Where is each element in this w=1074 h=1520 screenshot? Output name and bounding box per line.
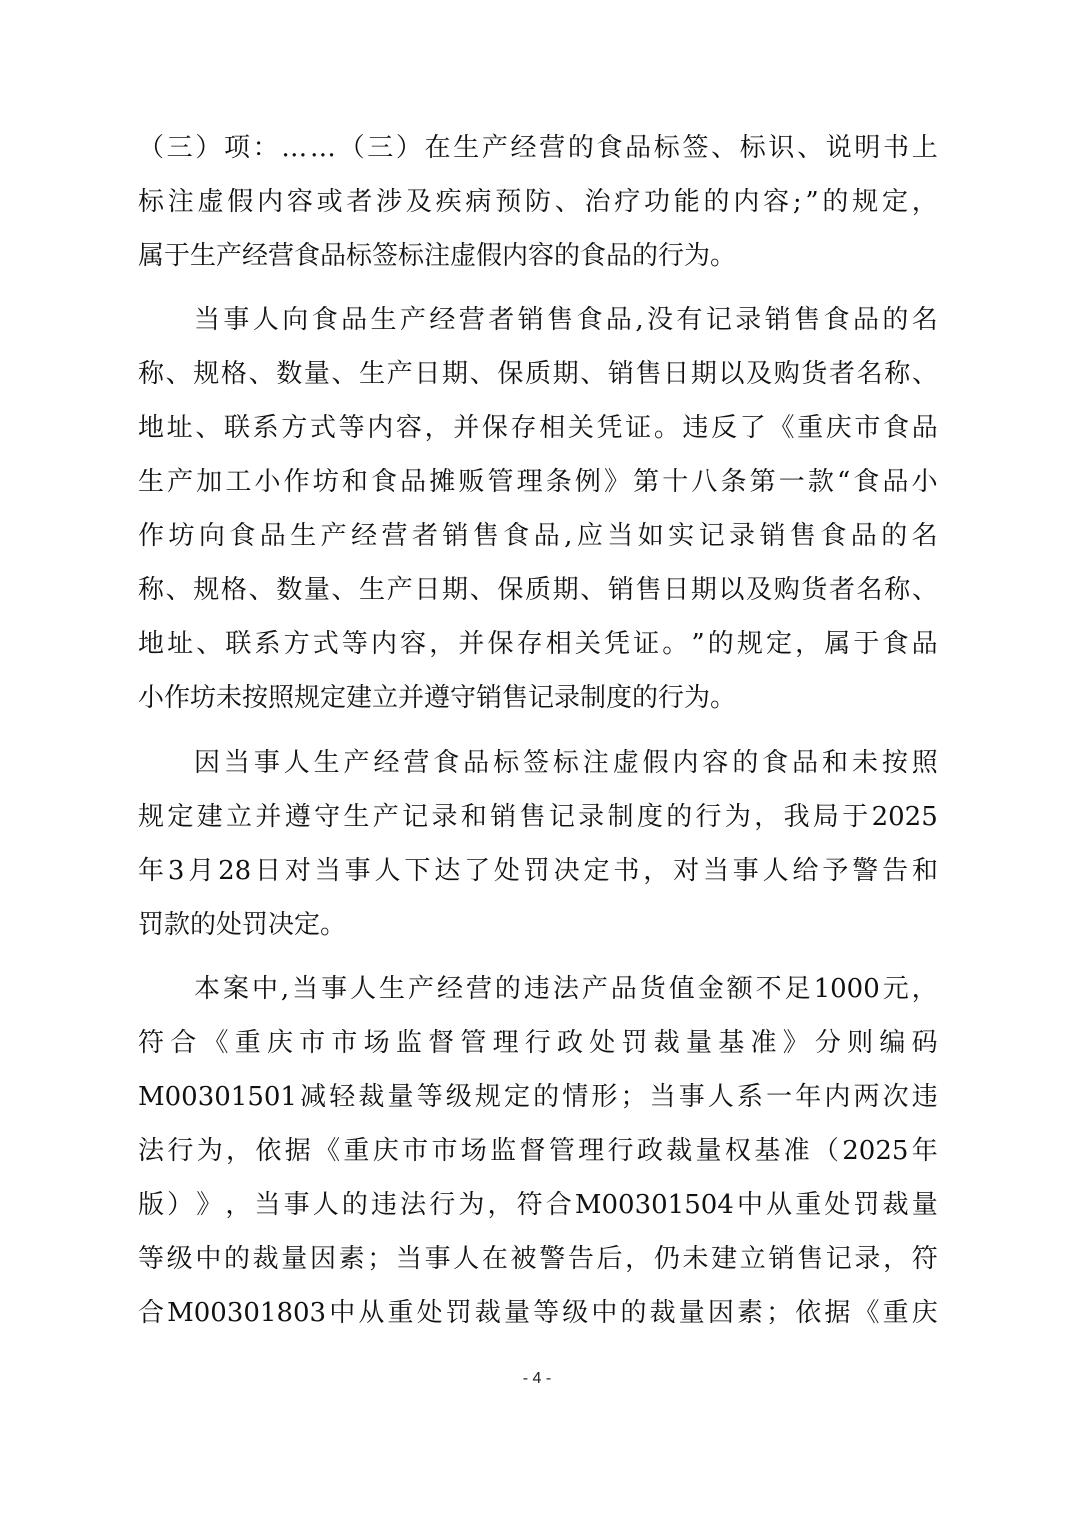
text-line: 标注虚假内容或者涉及疾病预防、治疗功能的内容;”的规定， xyxy=(138,175,938,229)
paragraph-3: 因当事人生产经营食品标签标注虚假内容的食品和未按照 规定建立并遵守生产记录和销售… xyxy=(138,736,938,952)
document-body: （三）项：……（三）在生产经营的食品标签、标识、说明书上 标注虚假内容或者涉及疾… xyxy=(138,121,938,1340)
text-line: 规定建立并遵守生产记录和销售记录制度的行为，我局于2025 xyxy=(138,790,938,844)
paragraph-spacer xyxy=(138,952,938,962)
text-line: M00301501减轻裁量等级规定的情形；当事人系一年内两次违 xyxy=(138,1070,938,1124)
text-line: 符合《重庆市市场监督管理行政处罚裁量基准》分则编码 xyxy=(138,1016,938,1070)
page-number: - 4 - xyxy=(0,1370,1074,1388)
text-line: 当事人向食品生产经营者销售食品,没有记录销售食品的名 xyxy=(138,293,938,347)
text-line: （三）项：……（三）在生产经营的食品标签、标识、说明书上 xyxy=(138,121,938,175)
text-line: 版）》，当事人的违法行为，符合M00301504中从重处罚裁量 xyxy=(138,1178,938,1232)
text-line: 法行为，依据《重庆市市场监督管理行政裁量权基准（2025年 xyxy=(138,1124,938,1178)
text-line: 作坊向食品生产经营者销售食品,应当如实记录销售食品的名 xyxy=(138,509,938,563)
text-line: 等级中的裁量因素；当事人在被警告后，仍未建立销售记录，符 xyxy=(138,1232,938,1286)
text-line: 称、规格、数量、生产日期、保质期、销售日期以及购货者名称、 xyxy=(138,563,938,617)
document-page: （三）项：……（三）在生产经营的食品标签、标识、说明书上 标注虚假内容或者涉及疾… xyxy=(0,0,1074,1520)
text-line: 合M00301803中从重处罚裁量等级中的裁量因素；依据《重庆 xyxy=(138,1286,938,1340)
paragraph-1: （三）项：……（三）在生产经营的食品标签、标识、说明书上 标注虚假内容或者涉及疾… xyxy=(138,121,938,283)
paragraph-4: 本案中,当事人生产经营的违法产品货值金额不足1000元， 符合《重庆市市场监督管… xyxy=(138,962,938,1340)
text-line: 称、规格、数量、生产日期、保质期、销售日期以及购货者名称、 xyxy=(138,347,938,401)
text-line: 属于生产经营食品标签标注虚假内容的食品的行为。 xyxy=(138,229,938,283)
text-line: 生产加工小作坊和食品摊贩管理条例》第十八条第一款“食品小 xyxy=(138,455,938,509)
text-line: 本案中,当事人生产经营的违法产品货值金额不足1000元， xyxy=(138,962,938,1016)
text-line: 年3月28日对当事人下达了处罚决定书，对当事人给予警告和 xyxy=(138,844,938,898)
paragraph-spacer xyxy=(138,283,938,293)
text-line: 小作坊未按照规定建立并遵守销售记录制度的行为。 xyxy=(138,671,938,725)
paragraph-2: 当事人向食品生产经营者销售食品,没有记录销售食品的名 称、规格、数量、生产日期、… xyxy=(138,293,938,725)
text-line: 因当事人生产经营食品标签标注虚假内容的食品和未按照 xyxy=(138,736,938,790)
paragraph-spacer xyxy=(138,726,938,736)
text-line: 罚款的处罚决定。 xyxy=(138,898,938,952)
text-line: 地址、联系方式等内容，并保存相关凭证。”的规定，属于食品 xyxy=(138,617,938,671)
text-line: 地址、联系方式等内容，并保存相关凭证。违反了《重庆市食品 xyxy=(138,401,938,455)
